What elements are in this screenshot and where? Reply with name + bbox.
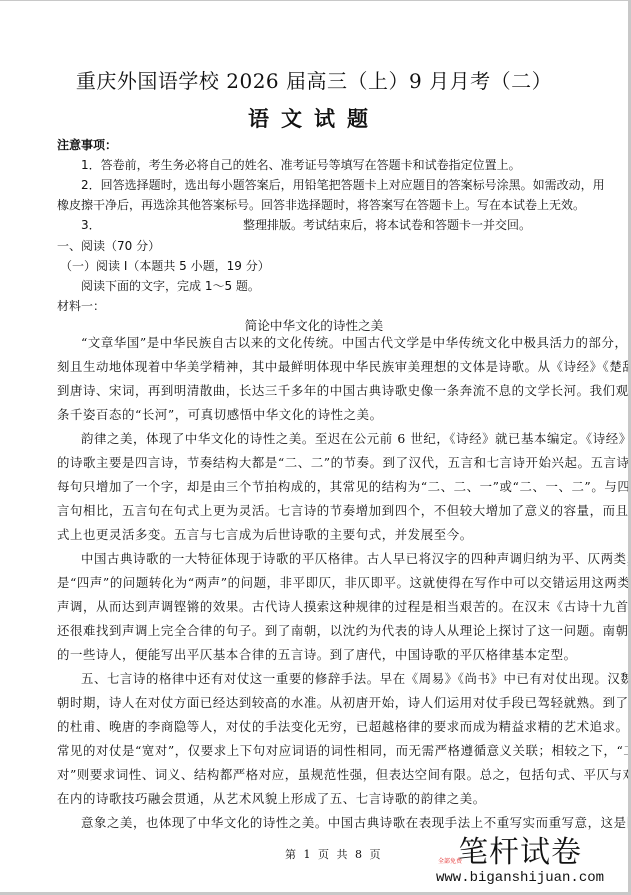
article-line: 言句相比，五言句在句式上更为灵活。七言诗的节奏增加到四个，不但较大增加了意义的容… — [57, 503, 628, 519]
article-line: 朝时期，诗人在对仗方面已经达到较高的水准。从初唐开始，诗人们运用对仗手段已驾轻就… — [57, 695, 628, 711]
article-line: 是“四声”的问题转化为“两声”的问题，非平即仄，非仄即平。这就使得在写作中可以交… — [57, 575, 628, 591]
notice-heading: 注意事项： — [57, 137, 117, 153]
notice-item-2: 2．回答选择题时，选出每小题答案后，用铅笔把答题卡上对应题目的答案标号涂黑。如需… — [81, 177, 605, 193]
article-line: 到唐诗、宋词，再到明清散曲，长达三千多年的中国古典诗歌史像一条奔流不息的文学长河… — [57, 383, 628, 399]
article-line: 声调，从而达到声调铿锵的效果。古代诗人摸索这种规律的过程是相当艰苦的。在汉末《古… — [57, 599, 628, 615]
article-line: 常见的对仗是“宽对”，仅要求上下句对应词语的词性相同，而无需严格遵循意义关联；相… — [57, 743, 628, 759]
subsection-heading: （一）阅读 I（本题共 5 小题，19 分） — [60, 258, 270, 274]
article-line: 在内的诗歌技巧融会贯通，从艺术风貌上形成了五、七言诗歌的韵律之美。 — [57, 791, 486, 807]
article-line: 的一些诗人，便能写出平仄基本合律的五言诗。到了唐代，中国诗歌的平仄格律基本定型。 — [57, 647, 577, 663]
article-line: 对”则要求词性、词义、结构都严格对应，虽规范性强，但表达空间有限。总之，包括句式… — [57, 767, 628, 783]
notice-item-2-cont: 橡皮擦干净后，再选涂其他答案标号。回答非选择题时，将答案写在答题卡上。写在本试卷… — [57, 197, 585, 213]
watermark-logo: 全部免费 笔杆试卷 www.biganshijuan.com — [436, 836, 596, 891]
article-line: 刻且生动地体现着中华美学精神，其中最鲜明体现中华民族审美理想的文体是诗歌。从《诗… — [57, 359, 628, 375]
article-line: 条千姿百态的“长河”，可真切感悟中华文化的诗性之美。 — [57, 407, 383, 423]
article-line: 的诗歌主要是四言诗，节奏结构大都是“二、二”的节奏。到了汉代，五言和七言诗开始兴… — [57, 455, 628, 471]
material-label: 材料一： — [57, 298, 105, 314]
article-line: 还很难找到声调上完全合律的句子。到了南朝，以沈约为代表的诗人从理论上探讨了这一问… — [57, 623, 628, 639]
article-line: 式上也更灵活多变。五言与七言成为后世诗歌的主要句式，并发展至今。 — [57, 527, 473, 543]
exam-subject-title: 语文试题 — [0, 103, 628, 133]
article-line: 五、七言诗的格律中还有对仗这一重要的修辞手法。早在《周易》《尚书》中已有对仗出现… — [81, 671, 628, 687]
article-title: 简论中华文化的诗性之美 — [0, 315, 628, 334]
section-heading: 一、阅读（70 分） — [57, 238, 160, 254]
notice-item-3-text: 整理排版。考试结束后，将本试卷和答题卡一并交回。 — [243, 217, 531, 233]
article-line: 的杜甫、晚唐的李商隐等人，对仗的手法变化无穷，已超越格律的要求而成为精益求精的艺… — [57, 719, 628, 735]
watermark-url: www.biganshijuan.com — [436, 870, 604, 886]
notice-item-1: 1．答卷前，考生务必将自己的姓名、准考证号等填写在答题卡和试卷指定位置上。 — [81, 157, 521, 173]
instruction-text: 阅读下面的文字，完成 1～5 题。 — [81, 278, 260, 294]
exam-title: 重庆外国语学校 2026 届高三（上）9 月月考（二） — [0, 65, 628, 94]
article-line: 中国古典诗歌的一大特征体现于诗歌的平仄格律。古人早已将汉字的四种声调归纳为平、仄… — [81, 551, 628, 567]
document-page: 重庆外国语学校 2026 届高三（上）9 月月考（二） 语文试题 注意事项： 1… — [0, 1, 628, 892]
article-line: 意象之美，也体现了中华文化的诗性之美。中国古典诗歌在表现手法上不重写实而重写意，… — [81, 815, 628, 831]
article-line: 每句只增加了一个字，却是由三个节拍构成的，其常见的结构为“二、二、一”或“二、一… — [57, 479, 628, 495]
watermark-brand: 笔杆试卷 — [458, 836, 582, 870]
article-line: “文章华国”是中华民族自古以来的文化传统。中国古代文学是中华传统文化中极具活力的… — [81, 335, 628, 351]
notice-item-3-number: 3． — [81, 217, 101, 233]
article-line: 韵律之美，体现了中华文化的诗性之美。至迟在公元前 6 世纪，《诗经》就已基本编定… — [81, 431, 628, 447]
page-number: 第 1 页 共 8 页 — [285, 846, 382, 862]
